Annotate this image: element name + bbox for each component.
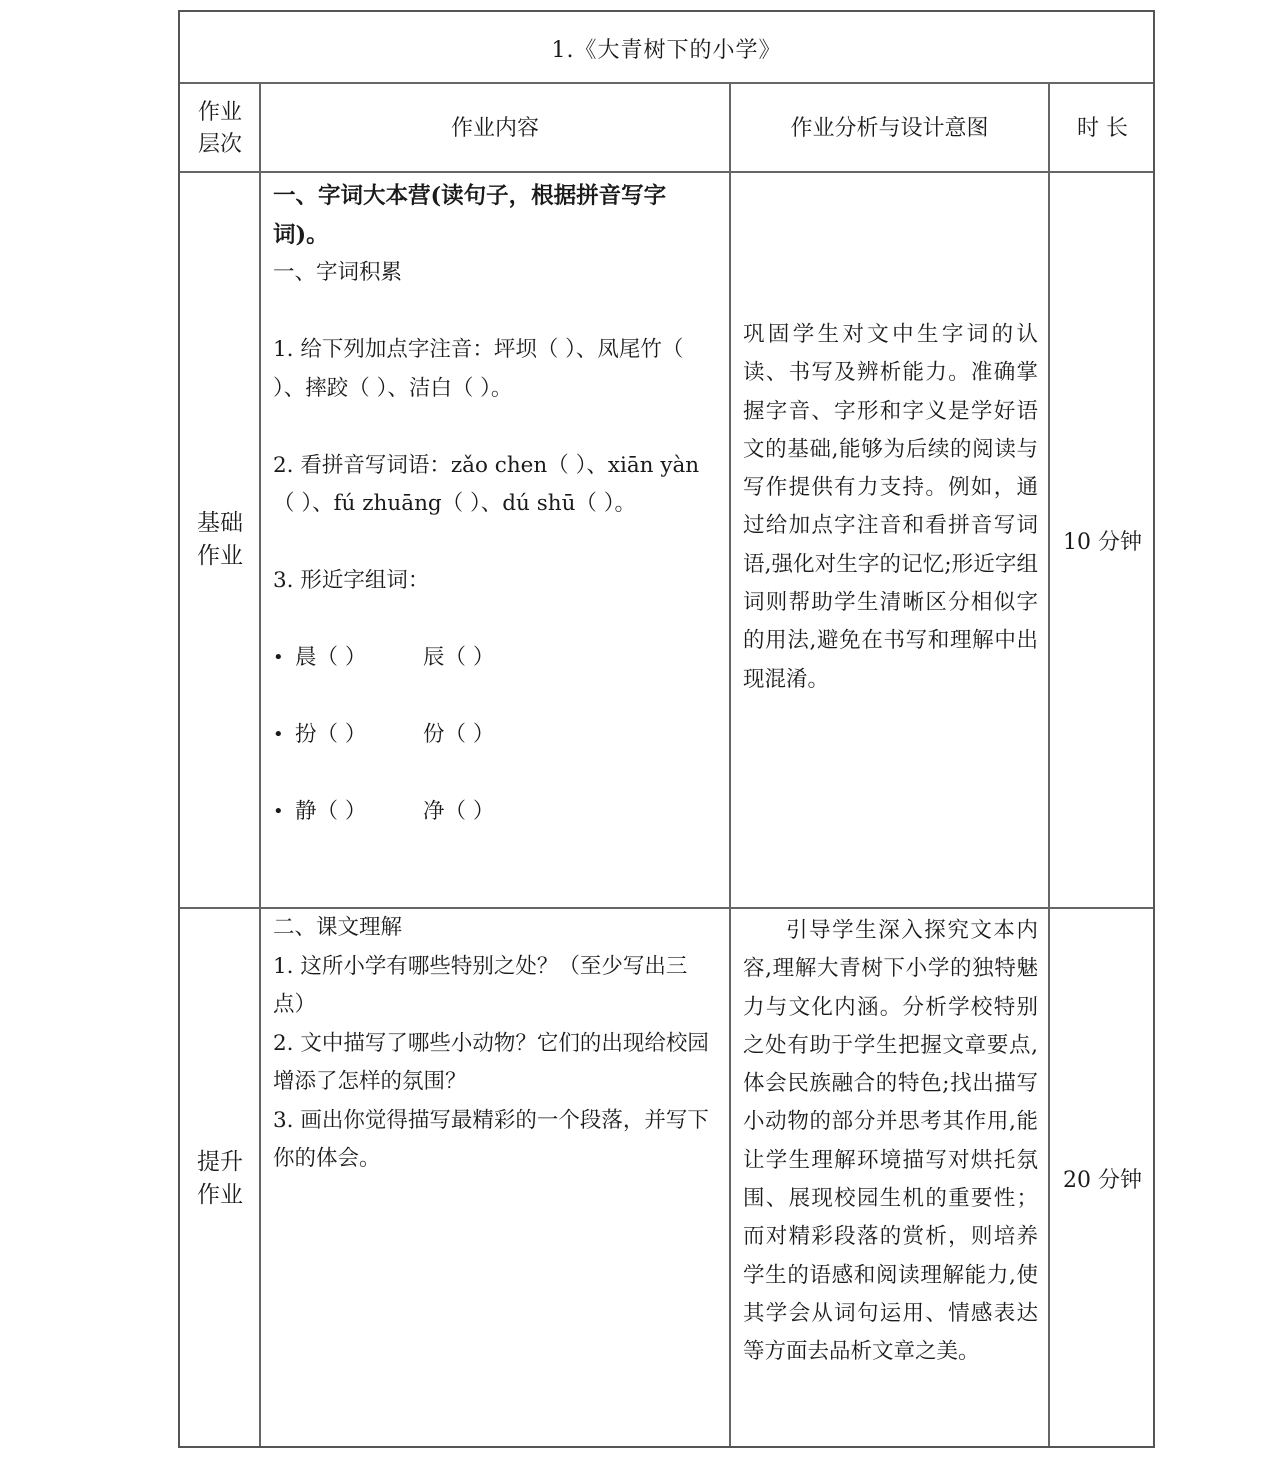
word-pair-b: 份（ ）	[423, 716, 551, 755]
question-2: 2. 看拼音写词语：zǎo chen（ ）、xiān yàn（ ）、fú zhu…	[273, 447, 719, 524]
question-2: 2. 文中描写了哪些小动物？它们的出现给校园增添了怎样的氛围？	[273, 1025, 719, 1102]
bullet-icon: •	[273, 639, 295, 678]
duration-advanced: 20 分钟	[1050, 909, 1155, 1448]
question-1: 1. 这所小学有哪些特别之处？（至少写出三点）	[273, 948, 719, 1025]
section-subheading: 一、字词积累	[273, 254, 719, 293]
word-pair-row: • 扮（ ） 份（ ）	[273, 716, 719, 755]
word-pair-row: • 晨（ ） 辰（ ）	[273, 639, 719, 678]
word-pair-row: • 静（ ） 净（ ）	[273, 793, 719, 832]
content-basic: 一、字词大本营(读句子，根据拼音写字词)。 一、字词积累 1. 给下列加点字注音…	[261, 173, 729, 907]
content-advanced: 二、课文理解 1. 这所小学有哪些特别之处？（至少写出三点） 2. 文中描写了哪…	[261, 909, 729, 1179]
question-3: 3. 画出你觉得描写最精彩的一个段落，并写下你的体会。	[273, 1102, 719, 1179]
question-3: 3. 形近字组词：	[273, 562, 719, 601]
word-pair-a: 扮（ ）	[295, 716, 423, 755]
word-pair-a: 晨（ ）	[295, 639, 423, 678]
question-1: 1. 给下列加点字注音：坪坝（ ）、凤尾竹（ ）、摔跤（ ）、洁白（ ）。	[273, 331, 719, 408]
analysis-advanced: 引导学生深入探究文本内容,理解大青树下小学的独特魅力与文化内涵。分析学校特别之处…	[731, 912, 1048, 1372]
header-duration: 时 长	[1050, 84, 1155, 173]
bullet-icon: •	[273, 793, 295, 832]
homework-table: 1.《大青树下的小学》 作业层次 作业内容 作业分析与设计意图 时 长 基础作业…	[178, 10, 1155, 1448]
word-pair-b: 辰（ ）	[423, 639, 551, 678]
bullet-icon: •	[273, 716, 295, 755]
level-basic: 基础作业	[180, 173, 260, 907]
duration-basic: 10 分钟	[1050, 173, 1155, 907]
header-analysis: 作业分析与设计意图	[731, 84, 1048, 173]
section-heading: 一、字词大本营(读句子，根据拼音写字词)。	[273, 177, 719, 254]
document-title: 1.《大青树下的小学》	[180, 12, 1153, 84]
section-heading: 二、课文理解	[273, 909, 719, 948]
header-level: 作业层次	[180, 84, 260, 173]
word-pair-a: 静（ ）	[295, 793, 423, 832]
level-advanced: 提升作业	[180, 909, 260, 1448]
analysis-basic: 巩固学生对文中生字词的认读、书写及辨析能力。准确掌握字音、字形和字义是学好语文的…	[731, 316, 1048, 699]
header-content: 作业内容	[261, 84, 729, 173]
word-pair-b: 净（ ）	[423, 793, 551, 832]
